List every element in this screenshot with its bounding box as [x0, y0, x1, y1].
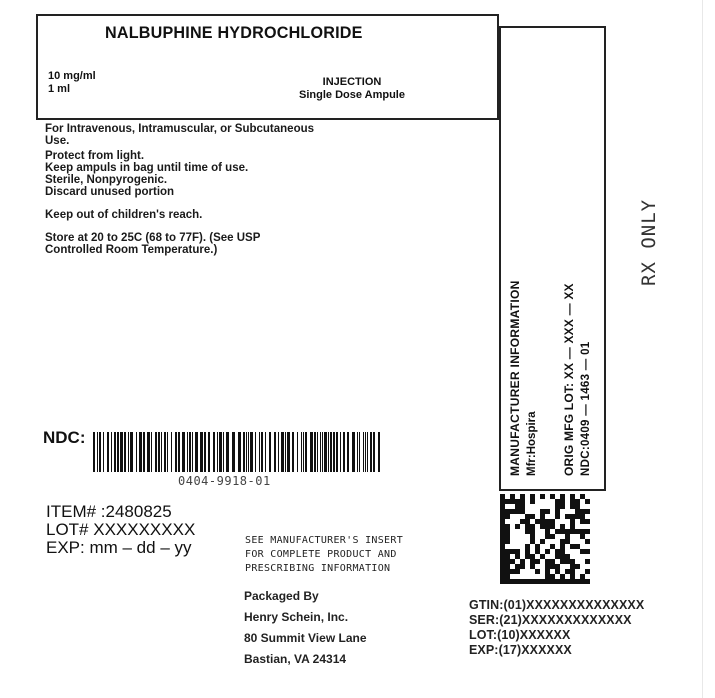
instruction-line: Keep ampuls in bag until time of use.	[45, 162, 314, 174]
item-number: ITEM# :2480825	[46, 503, 195, 521]
storage-line: Controlled Room Temperature.)	[45, 244, 314, 256]
packager-line: 80 Summit View Lane	[244, 628, 367, 649]
expiration-date: EXP: mm – dd – yy	[46, 539, 195, 557]
ndc-label: NDC:	[43, 428, 86, 448]
strength-block: 10 mg/ml 1 ml	[48, 70, 96, 96]
label-edge	[702, 0, 703, 698]
children-warning: Keep out of children's reach.	[45, 209, 314, 221]
orig-ndc: NDC:0409 — 1463 — 01	[580, 342, 592, 476]
dosage-form: INJECTION	[282, 76, 422, 89]
serial: SER:(21)XXXXXXXXXXXXX	[469, 613, 644, 628]
instruction-line: Discard unused portion	[45, 186, 314, 198]
rx-only: RX ONLY	[638, 199, 660, 286]
instruction-line: Protect from light.	[45, 150, 314, 162]
insert-note-line: SEE MANUFACTURER'S INSERT	[245, 534, 403, 548]
packager-line: Bastian, VA 24314	[244, 649, 367, 670]
instruction-line: Sterile, Nonpyrogenic.	[45, 174, 314, 186]
packager-line: Henry Schein, Inc.	[244, 607, 367, 628]
dosage-form-block: INJECTION Single Dose Ampule	[282, 76, 422, 102]
product-name: NALBUPHINE HYDROCHLORIDE	[105, 23, 363, 43]
instruction-line: Use.	[45, 135, 314, 147]
gtin: GTIN:(01)XXXXXXXXXXXXXX	[469, 598, 644, 613]
instruction-line: For Intravenous, Intramuscular, or Subcu…	[45, 123, 314, 135]
gs1-lot: LOT:(10)XXXXXX	[469, 628, 644, 643]
manufacturer-name: Mfr:Hospira	[526, 411, 538, 476]
packager-info: Packaged By Henry Schein, Inc. 80 Summit…	[244, 586, 367, 670]
ndc-number: 0404-9918-01	[178, 474, 271, 488]
container-type: Single Dose Ampule	[282, 89, 422, 102]
volume: 1 ml	[48, 83, 96, 96]
lot-number: LOT# XXXXXXXXX	[46, 521, 195, 539]
insert-note: SEE MANUFACTURER'S INSERT FOR COMPLETE P…	[245, 534, 403, 576]
storage-line: Store at 20 to 25C (68 to 77F). (See USP	[45, 232, 314, 244]
datamatrix-icon	[500, 494, 590, 586]
insert-note-line: PRESCRIBING INFORMATION	[245, 562, 403, 576]
lot-info-block: ITEM# :2480825 LOT# XXXXXXXXX EXP: mm – …	[46, 503, 195, 557]
barcode-icon	[93, 432, 383, 472]
gs1-info: GTIN:(01)XXXXXXXXXXXXXX SER:(21)XXXXXXXX…	[469, 598, 644, 658]
instructions: For Intravenous, Intramuscular, or Subcu…	[45, 123, 314, 256]
insert-note-line: FOR COMPLETE PRODUCT AND	[245, 548, 403, 562]
orig-mfg-lot: ORIG MFG LOT: XX — XXX — XX	[562, 283, 576, 476]
gs1-exp: EXP:(17)XXXXXX	[469, 643, 644, 658]
strength: 10 mg/ml	[48, 70, 96, 83]
manufacturer-title: MANUFACTURER INFORMATION	[508, 280, 522, 476]
packager-line: Packaged By	[244, 586, 367, 607]
